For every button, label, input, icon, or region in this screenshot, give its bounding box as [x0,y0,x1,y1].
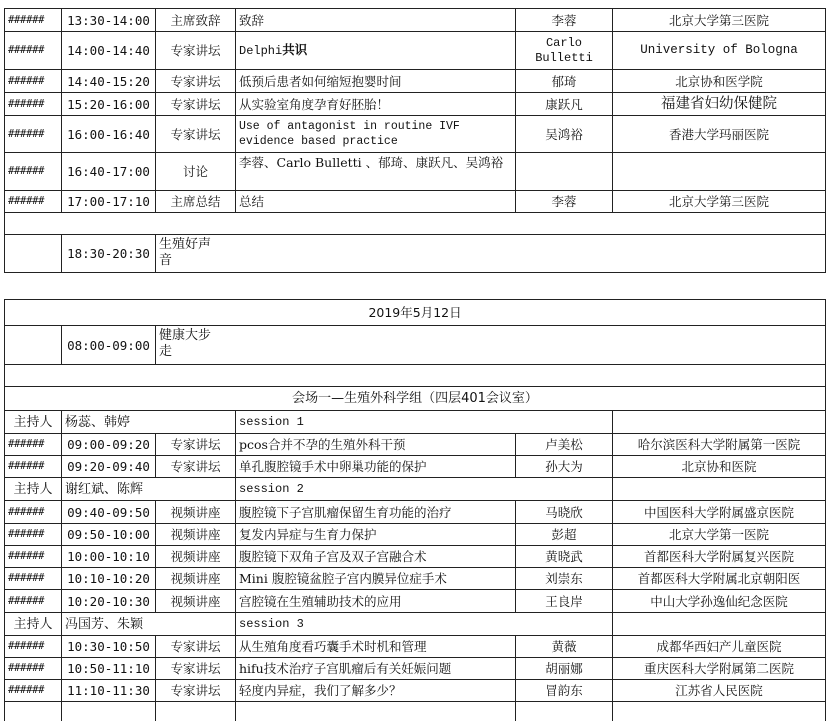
time-cell[interactable]: 17:00-17:10 [62,191,156,213]
type-cell[interactable]: 主席总结 [156,191,236,213]
empty-cell[interactable] [236,326,826,365]
session-name[interactable]: session 3 [236,613,613,636]
table-row: ###### 10:20-10:30 视频讲座 宫腔镜在生殖辅助技术的应用 王良… [5,590,826,613]
venue-row: 会场一—生殖外科学组（四层401会议室） [5,387,826,411]
session-name[interactable]: session 1 [236,411,613,434]
title-cell[interactable]: 轻度内异症，我们了解多少？ [236,680,516,702]
table-row: ###### 10:30-10:50 专家讲坛 从生殖角度看巧囊手术时机和管理 … [5,636,826,658]
venue-header[interactable]: 会场一—生殖外科学组（四层401会议室） [5,387,826,411]
title-cell[interactable]: 宫腔镜在生殖辅助技术的应用 [236,590,516,613]
time-cell[interactable]: 10:50-11:10 [62,658,156,680]
event-title: 生殖好声音 [159,237,221,269]
date-cell[interactable]: ###### [5,191,62,213]
affiliation-cell[interactable]: 重庆医科大学附属第二医院 [613,658,826,680]
time-cell[interactable]: 15:20-16:00 [62,93,156,116]
table-row: ###### 14:00-14:40 专家讲坛 Delphi共识 Carlo B… [5,32,826,70]
title-cell[interactable]: 李蓉、Carlo Bulletti 、郁琦、康跃凡、吴鸿裕 [236,153,516,191]
affiliation-cell[interactable]: 福建省妇幼保健院 [613,93,826,116]
affiliation-cell[interactable]: 中山大学孙逸仙纪念医院 [613,590,826,613]
speaker-cell[interactable]: 李蓉 [516,9,613,32]
table-row: ###### 14:40-15:20 专家讲坛 低预后患者如何缩短抱婴时间 郁琦… [5,70,826,93]
affiliation-cell[interactable]: 北京协和医学院 [613,70,826,93]
type-cell[interactable]: 专家讲坛 [156,434,236,456]
title-cell[interactable]: 复发内异症与生育力保护 [236,524,516,546]
title-cell[interactable] [236,702,516,721]
title-cell[interactable]: pcos合并不孕的生殖外科干预 [236,434,516,456]
title-cell[interactable]: 总结 [236,191,516,213]
type-cell[interactable]: 主席致辞 [156,9,236,32]
affiliation-cell[interactable]: 哈尔滨医科大学附属第一医院 [613,434,826,456]
schedule-table-day2: 2019年5月12日 08:00-09:00 健康大步走 会场一—生殖外科学组（… [4,299,826,721]
type-cell[interactable]: 视频讲座 [156,568,236,590]
host-row: 主持人 谢红斌、陈辉 session 2 [5,478,826,501]
affiliation-cell[interactable]: 北京协和医院 [613,456,826,478]
type-cell[interactable] [156,702,236,721]
speaker-cell[interactable]: 卢美松 [516,434,613,456]
table-row: ###### 09:00-09:20 专家讲坛 pcos合并不孕的生殖外科干预 … [5,434,826,456]
speaker-cell[interactable]: 黄薇 [516,636,613,658]
time-cell[interactable]: 10:30-10:50 [62,636,156,658]
title-cell[interactable]: 单孔腹腔镜手术中卵巢功能的保护 [236,456,516,478]
morning-event-row: 08:00-09:00 健康大步走 [5,326,826,365]
time-cell[interactable]: 10:10-10:20 [62,568,156,590]
date-cell[interactable]: ###### [5,501,62,524]
date-cell[interactable] [5,326,62,365]
type-cell[interactable]: 专家讲坛 [156,93,236,116]
speaker-cell[interactable]: 彭超 [516,524,613,546]
title-bold: 共识 [282,42,307,57]
speaker-cell[interactable] [516,702,613,721]
time-cell[interactable]: 13:30-14:00 [62,9,156,32]
date-cell[interactable]: ###### [5,546,62,568]
title-cell[interactable]: 低预后患者如何缩短抱婴时间 [236,70,516,93]
time-cell[interactable]: 09:20-09:40 [62,456,156,478]
date-cell[interactable]: ###### [5,9,62,32]
affiliation-cell[interactable]: 江苏省人民医院 [613,680,826,702]
host-label[interactable]: 主持人 [5,613,62,636]
title-cell[interactable]: Mini 腹腔镜盆腔子宫内膜异位症手术 [236,568,516,590]
blank-cell[interactable] [5,213,826,235]
type-cell[interactable]: 视频讲座 [156,590,236,613]
date-cell[interactable]: ###### [5,116,62,153]
date-cell[interactable]: ###### [5,568,62,590]
type-cell[interactable]: 专家讲坛 [156,32,236,70]
date-cell[interactable]: ###### [5,658,62,680]
time-cell[interactable]: 16:40-17:00 [62,153,156,191]
event-title-cell[interactable]: 健康大步走 [156,326,236,365]
host-names[interactable]: 谢红斌、陈辉 [62,478,236,501]
host-label[interactable]: 主持人 [5,411,62,434]
date-cell[interactable]: ###### [5,153,62,191]
date-cell[interactable]: ###### [5,524,62,546]
type-cell[interactable]: 视频讲座 [156,524,236,546]
event-title: 健康大步走 [159,328,221,360]
time-cell[interactable]: 09:00-09:20 [62,434,156,456]
speaker-cell[interactable]: 吴鸿裕 [516,116,613,153]
date-cell[interactable]: ###### [5,32,62,70]
speaker-cell[interactable]: 冒韵东 [516,680,613,702]
affiliation-cell[interactable]: University of Bologna [613,32,826,70]
table-row: ###### 10:50-11:10 专家讲坛 hifu技术治疗子宫肌瘤后有关妊… [5,658,826,680]
speaker-cell[interactable]: 胡丽娜 [516,658,613,680]
date-cell[interactable]: ###### [5,70,62,93]
schedule-table-day1: ###### 13:30-14:00 主席致辞 致辞 李蓉 北京大学第三医院 #… [4,8,826,273]
speaker-cell[interactable]: 李蓉 [516,191,613,213]
affiliation-cell[interactable]: 北京大学第三医院 [613,191,826,213]
title-cell[interactable]: 从生殖角度看巧囊手术时机和管理 [236,636,516,658]
table-row: ###### 16:40-17:00 讨论 李蓉、Carlo Bulletti … [5,153,826,191]
empty-cell[interactable] [613,613,826,636]
title-cell[interactable]: 腹腔镜下双角子宫及双子宫融合术 [236,546,516,568]
empty-cell[interactable] [613,411,826,434]
table-row: ###### 09:20-09:40 专家讲坛 单孔腹腔镜手术中卵巢功能的保护 … [5,456,826,478]
table-row: ###### 16:00-16:40 专家讲坛 Use of antagonis… [5,116,826,153]
speaker-cell[interactable] [516,153,613,191]
date-cell[interactable] [5,702,62,721]
title-cell[interactable]: Delphi共识 [236,32,516,70]
table-row: ###### 09:40-09:50 视频讲座 腹腔镜下子宫肌瘤保留生育功能的治… [5,501,826,524]
speaker-cell[interactable]: 王良岸 [516,590,613,613]
table-row-partial [5,702,826,721]
host-names[interactable]: 杨蕊、韩婷 [62,411,236,434]
speaker-cell[interactable]: 马晓欣 [516,501,613,524]
blank-row [5,213,826,235]
time-cell[interactable]: 10:20-10:30 [62,590,156,613]
table-row: ###### 11:10-11:30 专家讲坛 轻度内异症，我们了解多少？ 冒韵… [5,680,826,702]
type-cell[interactable]: 专家讲坛 [156,116,236,153]
date-cell[interactable]: ###### [5,590,62,613]
date-cell[interactable]: ###### [5,680,62,702]
affiliation-cell[interactable]: 成都华西妇产儿童医院 [613,636,826,658]
speaker-cell[interactable]: 刘崇东 [516,568,613,590]
date-cell[interactable]: ###### [5,93,62,116]
type-cell[interactable]: 专家讲坛 [156,680,236,702]
title-cell[interactable]: hifu技术治疗子宫肌瘤后有关妊娠问题 [236,658,516,680]
table-row: ###### 10:00-10:10 视频讲座 腹腔镜下双角子宫及双子宫融合术 … [5,546,826,568]
time-cell[interactable]: 18:30-20:30 [62,235,156,273]
time-cell[interactable]: 09:50-10:00 [62,524,156,546]
session-name[interactable]: session 2 [236,478,613,501]
type-cell[interactable]: 专家讲坛 [156,456,236,478]
date-cell[interactable]: ###### [5,456,62,478]
blank-row [5,365,826,387]
time-cell[interactable]: 10:00-10:10 [62,546,156,568]
speaker-cell[interactable]: Carlo Bulletti [516,32,613,70]
type-cell[interactable]: 视频讲座 [156,501,236,524]
type-cell[interactable]: 专家讲坛 [156,636,236,658]
affiliation-cell[interactable]: 中国医科大学附属盛京医院 [613,501,826,524]
title-prefix: Delphi [239,44,282,58]
date-header[interactable]: 2019年5月12日 [5,300,826,326]
speaker-cell[interactable]: 郁琦 [516,70,613,93]
time-cell[interactable]: 09:40-09:50 [62,501,156,524]
table-row: ###### 15:20-16:00 专家讲坛 从实验室角度孕育好胚胎！ 康跃凡… [5,93,826,116]
table-row: ###### 13:30-14:00 主席致辞 致辞 李蓉 北京大学第三医院 [5,9,826,32]
table-row: ###### 10:10-10:20 视频讲座 Mini 腹腔镜盆腔子宫内膜异位… [5,568,826,590]
type-cell[interactable]: 专家讲坛 [156,70,236,93]
time-cell[interactable]: 14:00-14:40 [62,32,156,70]
evening-event-row: 18:30-20:30 生殖好声音 [5,235,826,273]
blank-cell[interactable] [5,365,826,387]
title-cell[interactable]: Use of antagonist in routine IVF evidenc… [236,116,516,153]
affiliation-cell[interactable]: 首都医科大学附属北京朝阳医 [613,568,826,590]
time-cell[interactable]: 14:40-15:20 [62,70,156,93]
affiliation-cell[interactable] [613,702,826,721]
host-names[interactable]: 冯国芳、朱颖 [62,613,236,636]
type-cell[interactable]: 讨论 [156,153,236,191]
title-cell[interactable]: 腹腔镜下子宫肌瘤保留生育功能的治疗 [236,501,516,524]
affiliation-cell[interactable]: 香港大学玛丽医院 [613,116,826,153]
type-cell[interactable]: 视频讲座 [156,546,236,568]
host-row: 主持人 冯国芳、朱颖 session 3 [5,613,826,636]
empty-cell[interactable] [613,478,826,501]
empty-cell[interactable] [236,235,826,273]
affiliation-cell[interactable]: 北京大学第三医院 [613,9,826,32]
speaker-cell[interactable]: 黄晓武 [516,546,613,568]
title-cell[interactable]: 从实验室角度孕育好胚胎！ [236,93,516,116]
table-row: ###### 17:00-17:10 主席总结 总结 李蓉 北京大学第三医院 [5,191,826,213]
date-header-row: 2019年5月12日 [5,300,826,326]
affiliation-cell[interactable] [613,153,826,191]
host-row: 主持人 杨蕊、韩婷 session 1 [5,411,826,434]
speaker-cell[interactable]: 康跃凡 [516,93,613,116]
time-cell[interactable] [62,702,156,721]
time-cell[interactable]: 16:00-16:40 [62,116,156,153]
date-cell[interactable]: ###### [5,434,62,456]
time-cell[interactable]: 11:10-11:30 [62,680,156,702]
date-cell[interactable] [5,235,62,273]
time-cell[interactable]: 08:00-09:00 [62,326,156,365]
speaker-cell[interactable]: 孙大为 [516,456,613,478]
host-label[interactable]: 主持人 [5,478,62,501]
table-row: ###### 09:50-10:00 视频讲座 复发内异症与生育力保护 彭超 北… [5,524,826,546]
date-cell[interactable]: ###### [5,636,62,658]
affiliation-cell[interactable]: 首都医科大学附属复兴医院 [613,546,826,568]
title-cell[interactable]: 致辞 [236,9,516,32]
affiliation-cell[interactable]: 北京大学第一医院 [613,524,826,546]
type-cell[interactable]: 专家讲坛 [156,658,236,680]
event-title-cell[interactable]: 生殖好声音 [156,235,236,273]
